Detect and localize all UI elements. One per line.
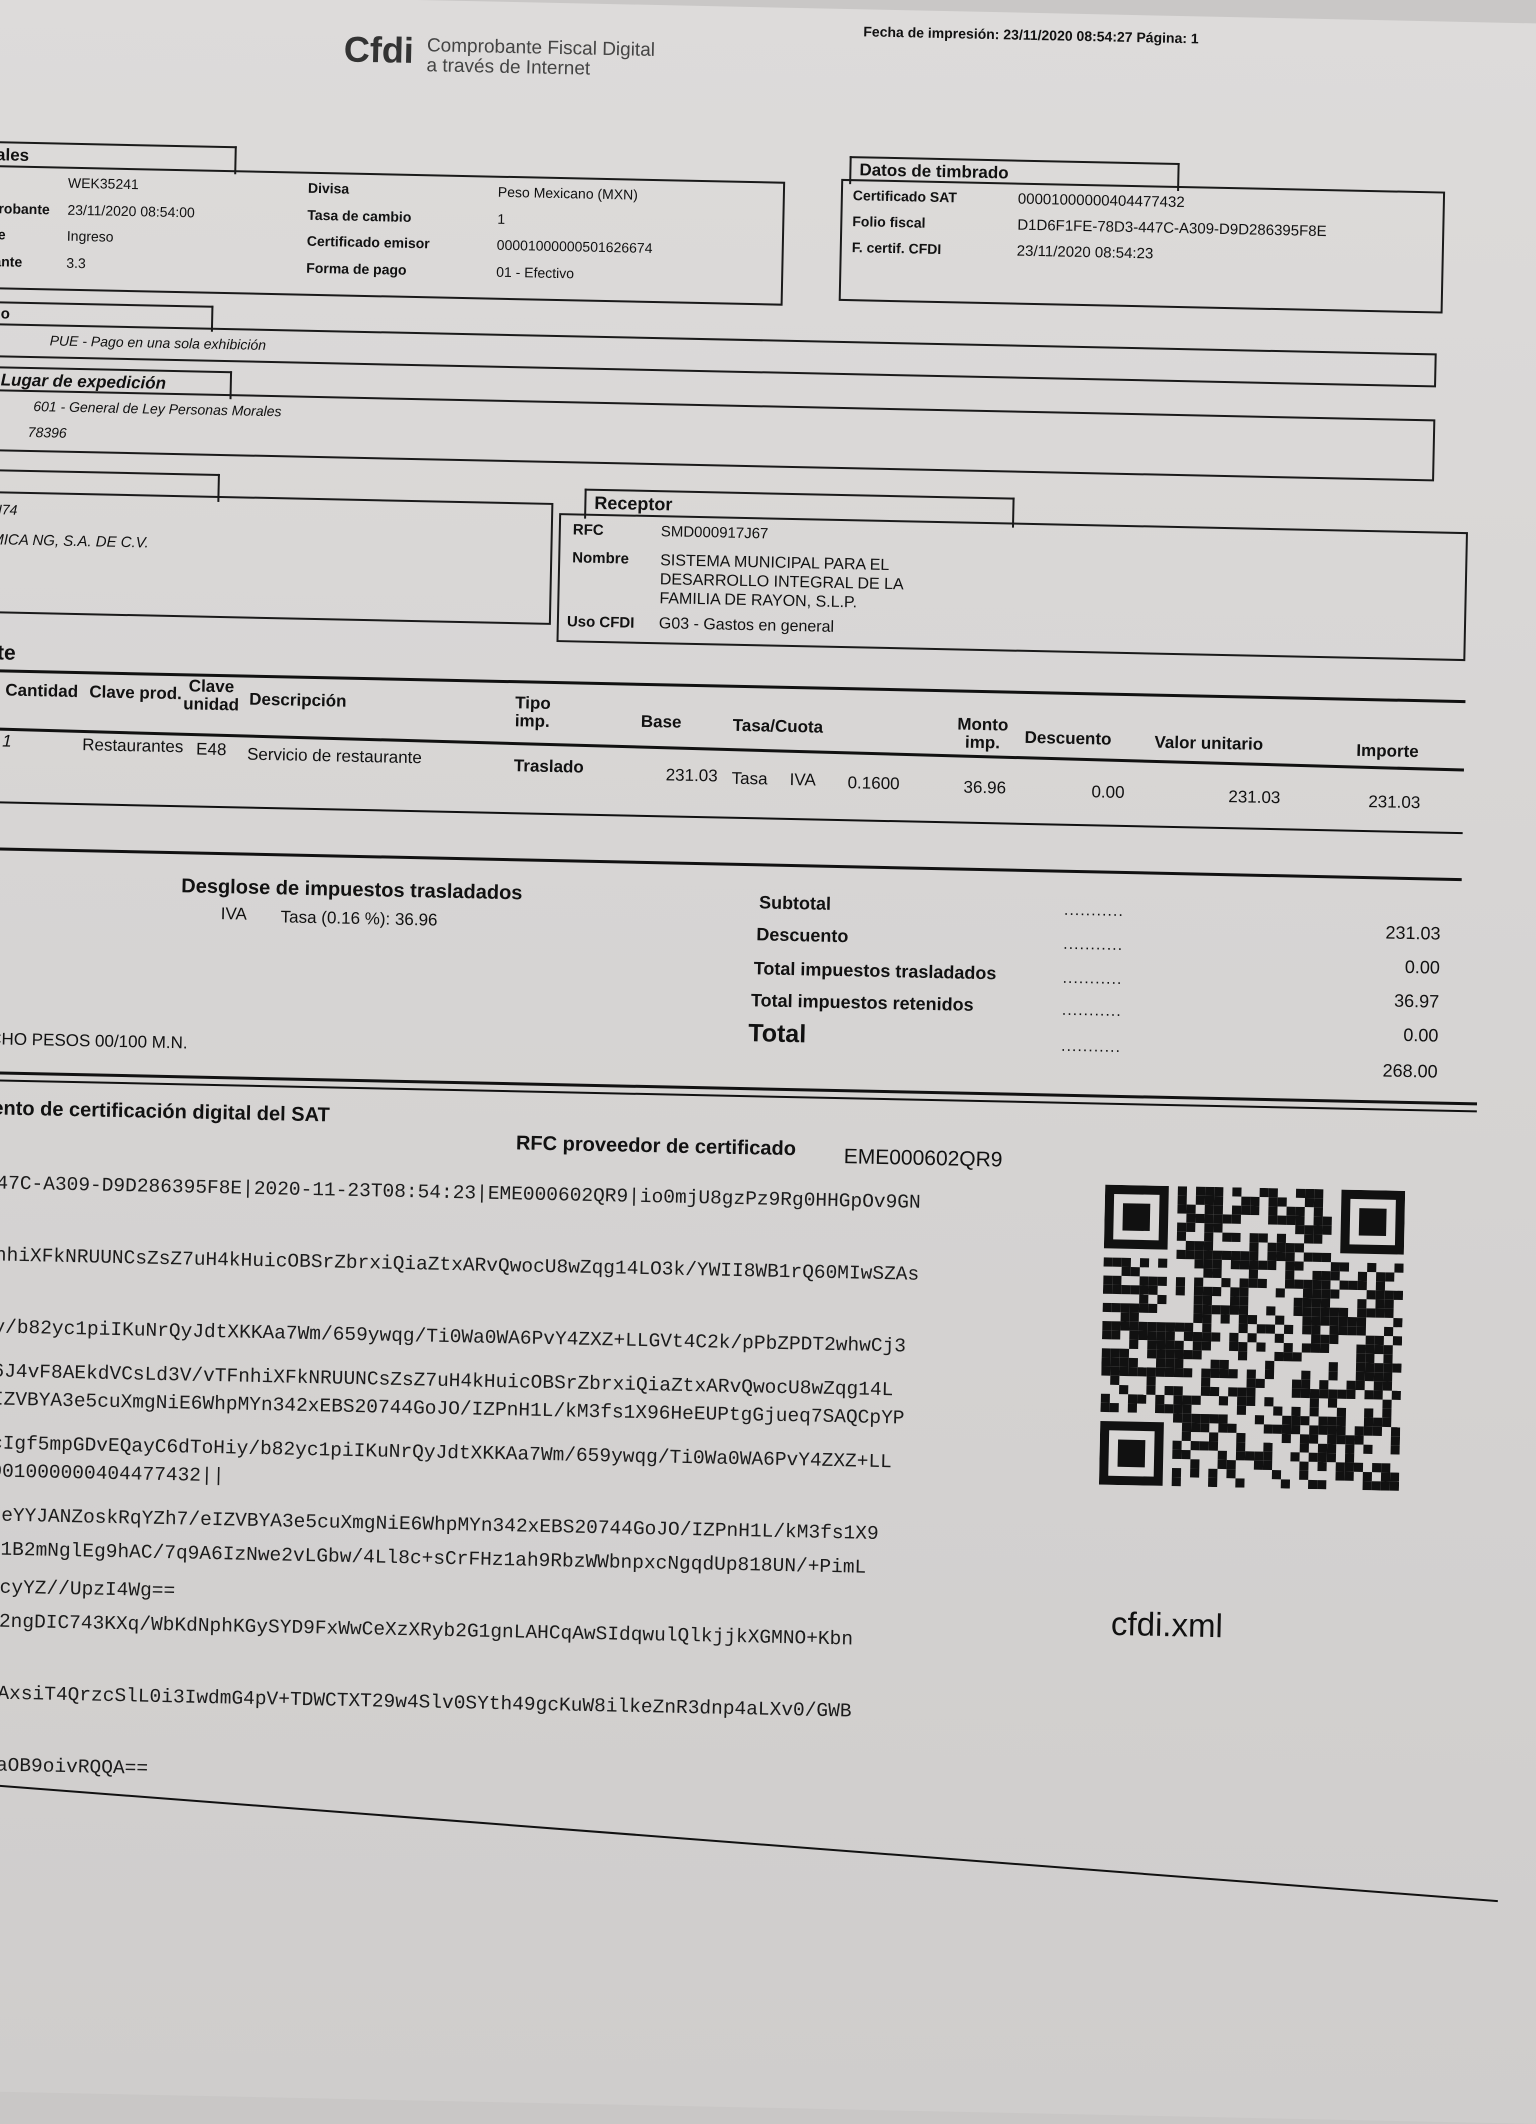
cell-clave-prod: Restaurantes [82, 735, 184, 757]
tasa-cambio-value: 1 [497, 211, 505, 227]
certificado-sat-value: 00001000000404477432 [1018, 191, 1185, 211]
descuento-label: Descuento [756, 924, 848, 947]
uso-cfdi-value: G03 - Gastos en general [659, 615, 835, 637]
sello-line: sqcIgf5mpGDvEQayC6dToHiy/b82yc1piIKuNrQy… [0, 1431, 892, 1474]
version-label: obante [0, 253, 22, 270]
emisor-box: 01H74 IOMICA NG, S.A. DE C.V. [0, 491, 553, 625]
receptor-nombre-value: SISTEMA MUNICIPAL PARA EL DESARROLLO INT… [659, 551, 904, 613]
timbrado-box: Certificado SAT 00001000000404477432 Fol… [839, 179, 1445, 314]
regimen-fiscal-value: 601 - General de Ley Personas Morales [33, 398, 282, 419]
cell-tipo-imp: Traslado [514, 756, 584, 777]
desglose-impuesto: IVA [220, 904, 247, 925]
total-trasladados-label: Total impuestos trasladados [753, 958, 996, 984]
leader-dots: ........... [1061, 1038, 1121, 1057]
col-header-cantidad: Cantidad [5, 682, 78, 702]
cell-valor-unitario: 231.03 [1228, 787, 1280, 808]
fecha-certificacion-label: F. certif. CFDI [852, 239, 942, 257]
cadena-line: TFnhiXFkNRUUNCsZsZ7uH4kHuicOBSrZbrxiQiaZ… [0, 1243, 919, 1287]
logo-text: Cfdi [343, 28, 414, 70]
totales-box: Subtotal ........... 231.03 Descuento ..… [0, 0, 1536, 24]
tipo-comprobante-value: Ingreso [67, 228, 114, 245]
cfdi-logo: Cfdi [343, 28, 414, 71]
fecha-certificacion-value: 23/11/2020 08:54:23 [1017, 243, 1154, 263]
qr-code [1099, 1185, 1405, 1491]
conceptos-title: nte [0, 641, 16, 666]
subtotal-label: Subtotal [759, 892, 831, 915]
total-retenidos-label: Total impuestos retenidos [751, 990, 974, 1016]
col-header-descuento: Descuento [1024, 729, 1111, 749]
sello-sat-line: CU9aOB9oivRQQA== [0, 1753, 862, 1796]
sello-line: GN6J4vF8AEkdVCsLd3V/vTFnhiXFkNRUUNCsZsZ7… [0, 1359, 894, 1402]
cell-clave-unidad: E48 [196, 740, 227, 761]
qr-caption: cfdi.xml [1111, 1605, 1224, 1645]
col-header-clave-prod: Clave prod. [89, 683, 182, 703]
print-date: Fecha de impresión: 23/11/2020 08:54:27 … [863, 23, 1199, 46]
lugar-expedicion-value: 78396 [28, 424, 67, 441]
total-label: Total [748, 1019, 806, 1049]
col-header-valor-unitario: Valor unitario [1154, 734, 1263, 754]
section-rule [0, 1071, 1477, 1106]
print-date-value: 23/11/2020 08:54:27 [1003, 26, 1133, 45]
desglose-detalle: Tasa (0.16 %): 36.96 [280, 907, 437, 930]
forma-pago-value: 01 - Efectivo [496, 264, 574, 282]
cell-tasa: 0.1600 [847, 773, 899, 794]
folio-value: WEK35241 [68, 175, 139, 192]
forma-pago-label: Forma de pago [306, 260, 407, 278]
cell-importe: 231.03 [1368, 792, 1420, 813]
table-row: 1 Restaurantes E48 Servicio de restauran… [0, 0, 1536, 24]
col-header-tasa-cuota: Tasa/Cuota [733, 717, 824, 737]
version-value: 3.3 [66, 255, 86, 271]
certificacion-title: mento de certificación digital del SAT [0, 1097, 330, 1127]
cadena-line: -447C-A309-D9D286395F8E|2020-11-23T08:54… [0, 1171, 921, 1215]
divisa-value: Peso Mexicano (MXN) [498, 184, 638, 203]
receptor-nombre-label: Nombre [572, 549, 629, 567]
cell-base: 231.03 [666, 765, 718, 786]
divisa-label: Divisa [308, 180, 350, 197]
cell-impuesto: IVA [789, 770, 816, 791]
total-retenidos-value: 0.00 [1318, 1023, 1438, 1047]
cell-descuento: 0.00 [1091, 782, 1125, 803]
folio-fiscal-value: D1D6F1FE-78D3-447C-A309-D9D286395F8E [1017, 217, 1327, 240]
sello-sat-line: NZr2ngDIC743KXq/WbKdNphKGySYD9FxWwCeXzXR… [0, 1609, 865, 1652]
sello-sat-line: xheAxsiT4QrzcSlL0i3IwdmG4pV+TDWCTXT29w4S… [0, 1681, 863, 1724]
col-header-importe: Importe [1356, 742, 1419, 761]
fecha-comprobante-value: 23/11/2020 08:54:00 [67, 202, 195, 221]
tasa-cambio-label: Tasa de cambio [307, 207, 411, 225]
receptor-rfc-value: SMD000917J67 [661, 523, 769, 542]
datos-fiscales-box: WEK35241 mprobante 23/11/2020 08:54:00 a… [0, 165, 785, 306]
sello-sat: K8c1B2mNglEg9hAC/7q9A6IzNwe2vLGbw/4Ll8c+… [0, 1489, 867, 1844]
conceptos-table: de Cantidad Clave prod. Clave unidad Des… [0, 0, 1536, 24]
cell-monto-imp: 36.96 [963, 778, 1006, 799]
desglose-title: Desglose de impuestos trasladados [181, 875, 523, 905]
cell-tasa-tipo: Tasa [731, 769, 767, 790]
leader-dots: ........... [1062, 1002, 1122, 1021]
col-header-monto-imp: Monto imp. [952, 715, 1013, 752]
certificado-emisor-label: Certificado emisor [307, 233, 430, 252]
total-value: 268.00 [1317, 1059, 1437, 1083]
regimen-box: 601 - General de Ley Personas Morales 78… [0, 389, 1435, 482]
uso-cfdi-label: Uso CFDI [567, 613, 635, 631]
col-header-clave-unidad: Clave unidad [181, 677, 242, 714]
leader-dots: ........... [1064, 902, 1124, 921]
certificado-emisor-value: 00001000000501626674 [497, 237, 653, 256]
certificado-sat-label: Certificado SAT [853, 187, 957, 205]
page-label: Página: [1136, 29, 1187, 46]
tipo-comprobante-label: ante [0, 226, 6, 243]
leader-dots: ........... [1063, 936, 1123, 955]
col-header-descripcion: Descripción [249, 691, 347, 711]
cell-cantidad: 1 [2, 731, 12, 751]
folio-fiscal-label: Folio fiscal [852, 213, 925, 231]
metodo-pago-value: PUE - Pago en una sola exhibición [50, 332, 267, 353]
sello-sat-line: K8c1B2mNglEg9hAC/7q9A6IzNwe2vLGbw/4Ll8c+… [0, 1537, 866, 1580]
print-date-label: Fecha de impresión: [863, 23, 999, 42]
descuento-value: 0.00 [1320, 955, 1440, 979]
cell-descripcion: Servicio de restaurante [247, 745, 422, 769]
col-header-base: Base [641, 713, 682, 732]
invoice-page: Fecha de impresión: 23/11/2020 08:54:27 … [0, 0, 1536, 2048]
subtotal-value: 231.03 [1320, 921, 1440, 945]
receptor-box: RFC SMD000917J67 Nombre SISTEMA MUNICIPA… [556, 513, 1468, 661]
emisor-nombre: IOMICA NG, S.A. DE C.V. [0, 531, 149, 552]
importe-con-letra: OCHO PESOS 00/100 M.N. [0, 1029, 188, 1053]
fecha-comprobante-label: mprobante [0, 200, 50, 218]
leader-dots: ........... [1062, 970, 1122, 989]
col-header-tipo-imp: Tipo imp. [515, 694, 566, 731]
emisor-rfc: 01H74 [0, 501, 18, 518]
page-number: 1 [1191, 30, 1199, 46]
logo-subtitle: Comprobante Fiscal Digital a través de I… [426, 36, 655, 81]
total-trasladados-value: 36.97 [1319, 989, 1439, 1013]
receptor-rfc-label: RFC [573, 521, 604, 539]
